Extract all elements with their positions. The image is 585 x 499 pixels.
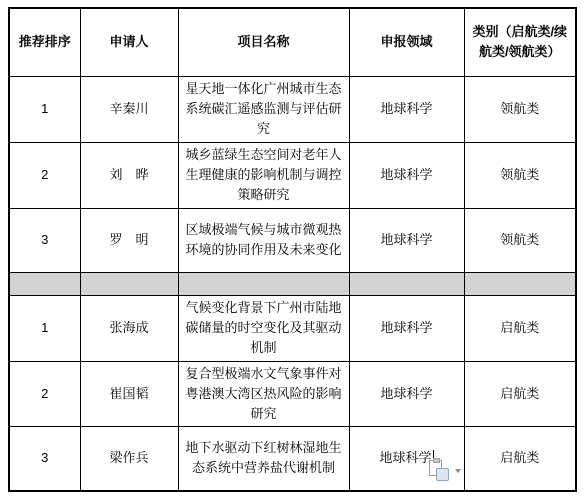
table-row: 1 张海成 气候变化背景下广州市陆地碳储量的时空变化及其驱动机制 地球科学 启航… <box>9 295 576 361</box>
cell-rank[interactable]: 1 <box>9 295 80 361</box>
cell-project[interactable]: 复合型极端水文气象事件对粤港澳大湾区热风险的影响研究 <box>178 361 349 426</box>
separator-row <box>9 272 576 295</box>
cell-category[interactable]: 启航类 <box>464 426 576 491</box>
table-row: 1 辛秦川 星天地一体化广州城市生态系统碳汇遥感监测与评估研究 地球科学 领航类 <box>9 76 576 142</box>
table-row: 3 梁作兵 地下水驱动下红树林湿地生态系统中营养盐代谢机制 地球科学 启航类 <box>9 426 576 491</box>
cell-category[interactable]: 启航类 <box>464 361 576 426</box>
cell-project[interactable]: 星天地一体化广州城市生态系统碳汇遥感监测与评估研究 <box>178 76 349 142</box>
cell-project[interactable]: 城乡蓝绿生态空间对老年人生理健康的影响机制与调控策略研究 <box>178 142 349 208</box>
separator-cell[interactable] <box>80 272 178 295</box>
dropdown-arrow-icon <box>455 469 461 473</box>
header-category[interactable]: 类别（启航类/续航类/领航类） <box>464 8 576 76</box>
cell-applicant[interactable]: 刘 晔 <box>80 142 178 208</box>
cell-field[interactable]: 地球科学 <box>349 142 464 208</box>
cell-applicant[interactable]: 辛秦川 <box>80 76 178 142</box>
header-field[interactable]: 申报领域 <box>349 8 464 76</box>
cell-rank[interactable]: 3 <box>9 426 80 491</box>
table-row: 3 罗 明 区域极端气候与城市微观热环境的协同作用及未来变化 地球科学 领航类 <box>9 208 576 272</box>
separator-cell[interactable] <box>464 272 576 295</box>
separator-cell[interactable] <box>9 272 80 295</box>
cell-category[interactable]: 领航类 <box>464 142 576 208</box>
cell-applicant[interactable]: 张海成 <box>80 295 178 361</box>
header-applicant[interactable]: 申请人 <box>80 8 178 76</box>
recommendation-table: 推荐排序 申请人 项目名称 申报领域 类别（启航类/续航类/领航类） 1 辛秦川… <box>8 7 577 492</box>
cell-category[interactable]: 启航类 <box>464 295 576 361</box>
paste-options-button[interactable] <box>427 457 463 487</box>
cell-rank[interactable]: 2 <box>9 142 80 208</box>
cell-field[interactable]: 地球科学 <box>349 76 464 142</box>
cell-applicant[interactable]: 罗 明 <box>80 208 178 272</box>
cell-category[interactable]: 领航类 <box>464 76 576 142</box>
pasted-page-icon <box>436 468 449 481</box>
cell-rank[interactable]: 2 <box>9 361 80 426</box>
header-row: 推荐排序 申请人 项目名称 申报领域 类别（启航类/续航类/领航类） <box>9 8 576 76</box>
cell-project[interactable]: 气候变化背景下广州市陆地碳储量的时空变化及其驱动机制 <box>178 295 349 361</box>
cell-project[interactable]: 地下水驱动下红树林湿地生态系统中营养盐代谢机制 <box>178 426 349 491</box>
cell-rank[interactable]: 3 <box>9 208 80 272</box>
separator-cell[interactable] <box>349 272 464 295</box>
cell-category[interactable]: 领航类 <box>464 208 576 272</box>
cell-rank[interactable]: 1 <box>9 76 80 142</box>
header-project[interactable]: 项目名称 <box>178 8 349 76</box>
cell-project[interactable]: 区域极端气候与城市微观热环境的协同作用及未来变化 <box>178 208 349 272</box>
cell-field[interactable]: 地球科学 <box>349 295 464 361</box>
cell-applicant[interactable]: 崔国韬 <box>80 361 178 426</box>
separator-cell[interactable] <box>178 272 349 295</box>
table-row: 2 刘 晔 城乡蓝绿生态空间对老年人生理健康的影响机制与调控策略研究 地球科学 … <box>9 142 576 208</box>
cell-field[interactable]: 地球科学 <box>349 208 464 272</box>
document-page: 推荐排序 申请人 项目名称 申报领域 类别（启航类/续航类/领航类） 1 辛秦川… <box>0 0 585 499</box>
cell-text: 地球科学 <box>379 450 431 465</box>
cell-applicant[interactable]: 梁作兵 <box>80 426 178 491</box>
table-row: 2 崔国韬 复合型极端水文气象事件对粤港澳大湾区热风险的影响研究 地球科学 启航… <box>9 361 576 426</box>
header-rank[interactable]: 推荐排序 <box>9 8 80 76</box>
cell-field[interactable]: 地球科学 <box>349 361 464 426</box>
